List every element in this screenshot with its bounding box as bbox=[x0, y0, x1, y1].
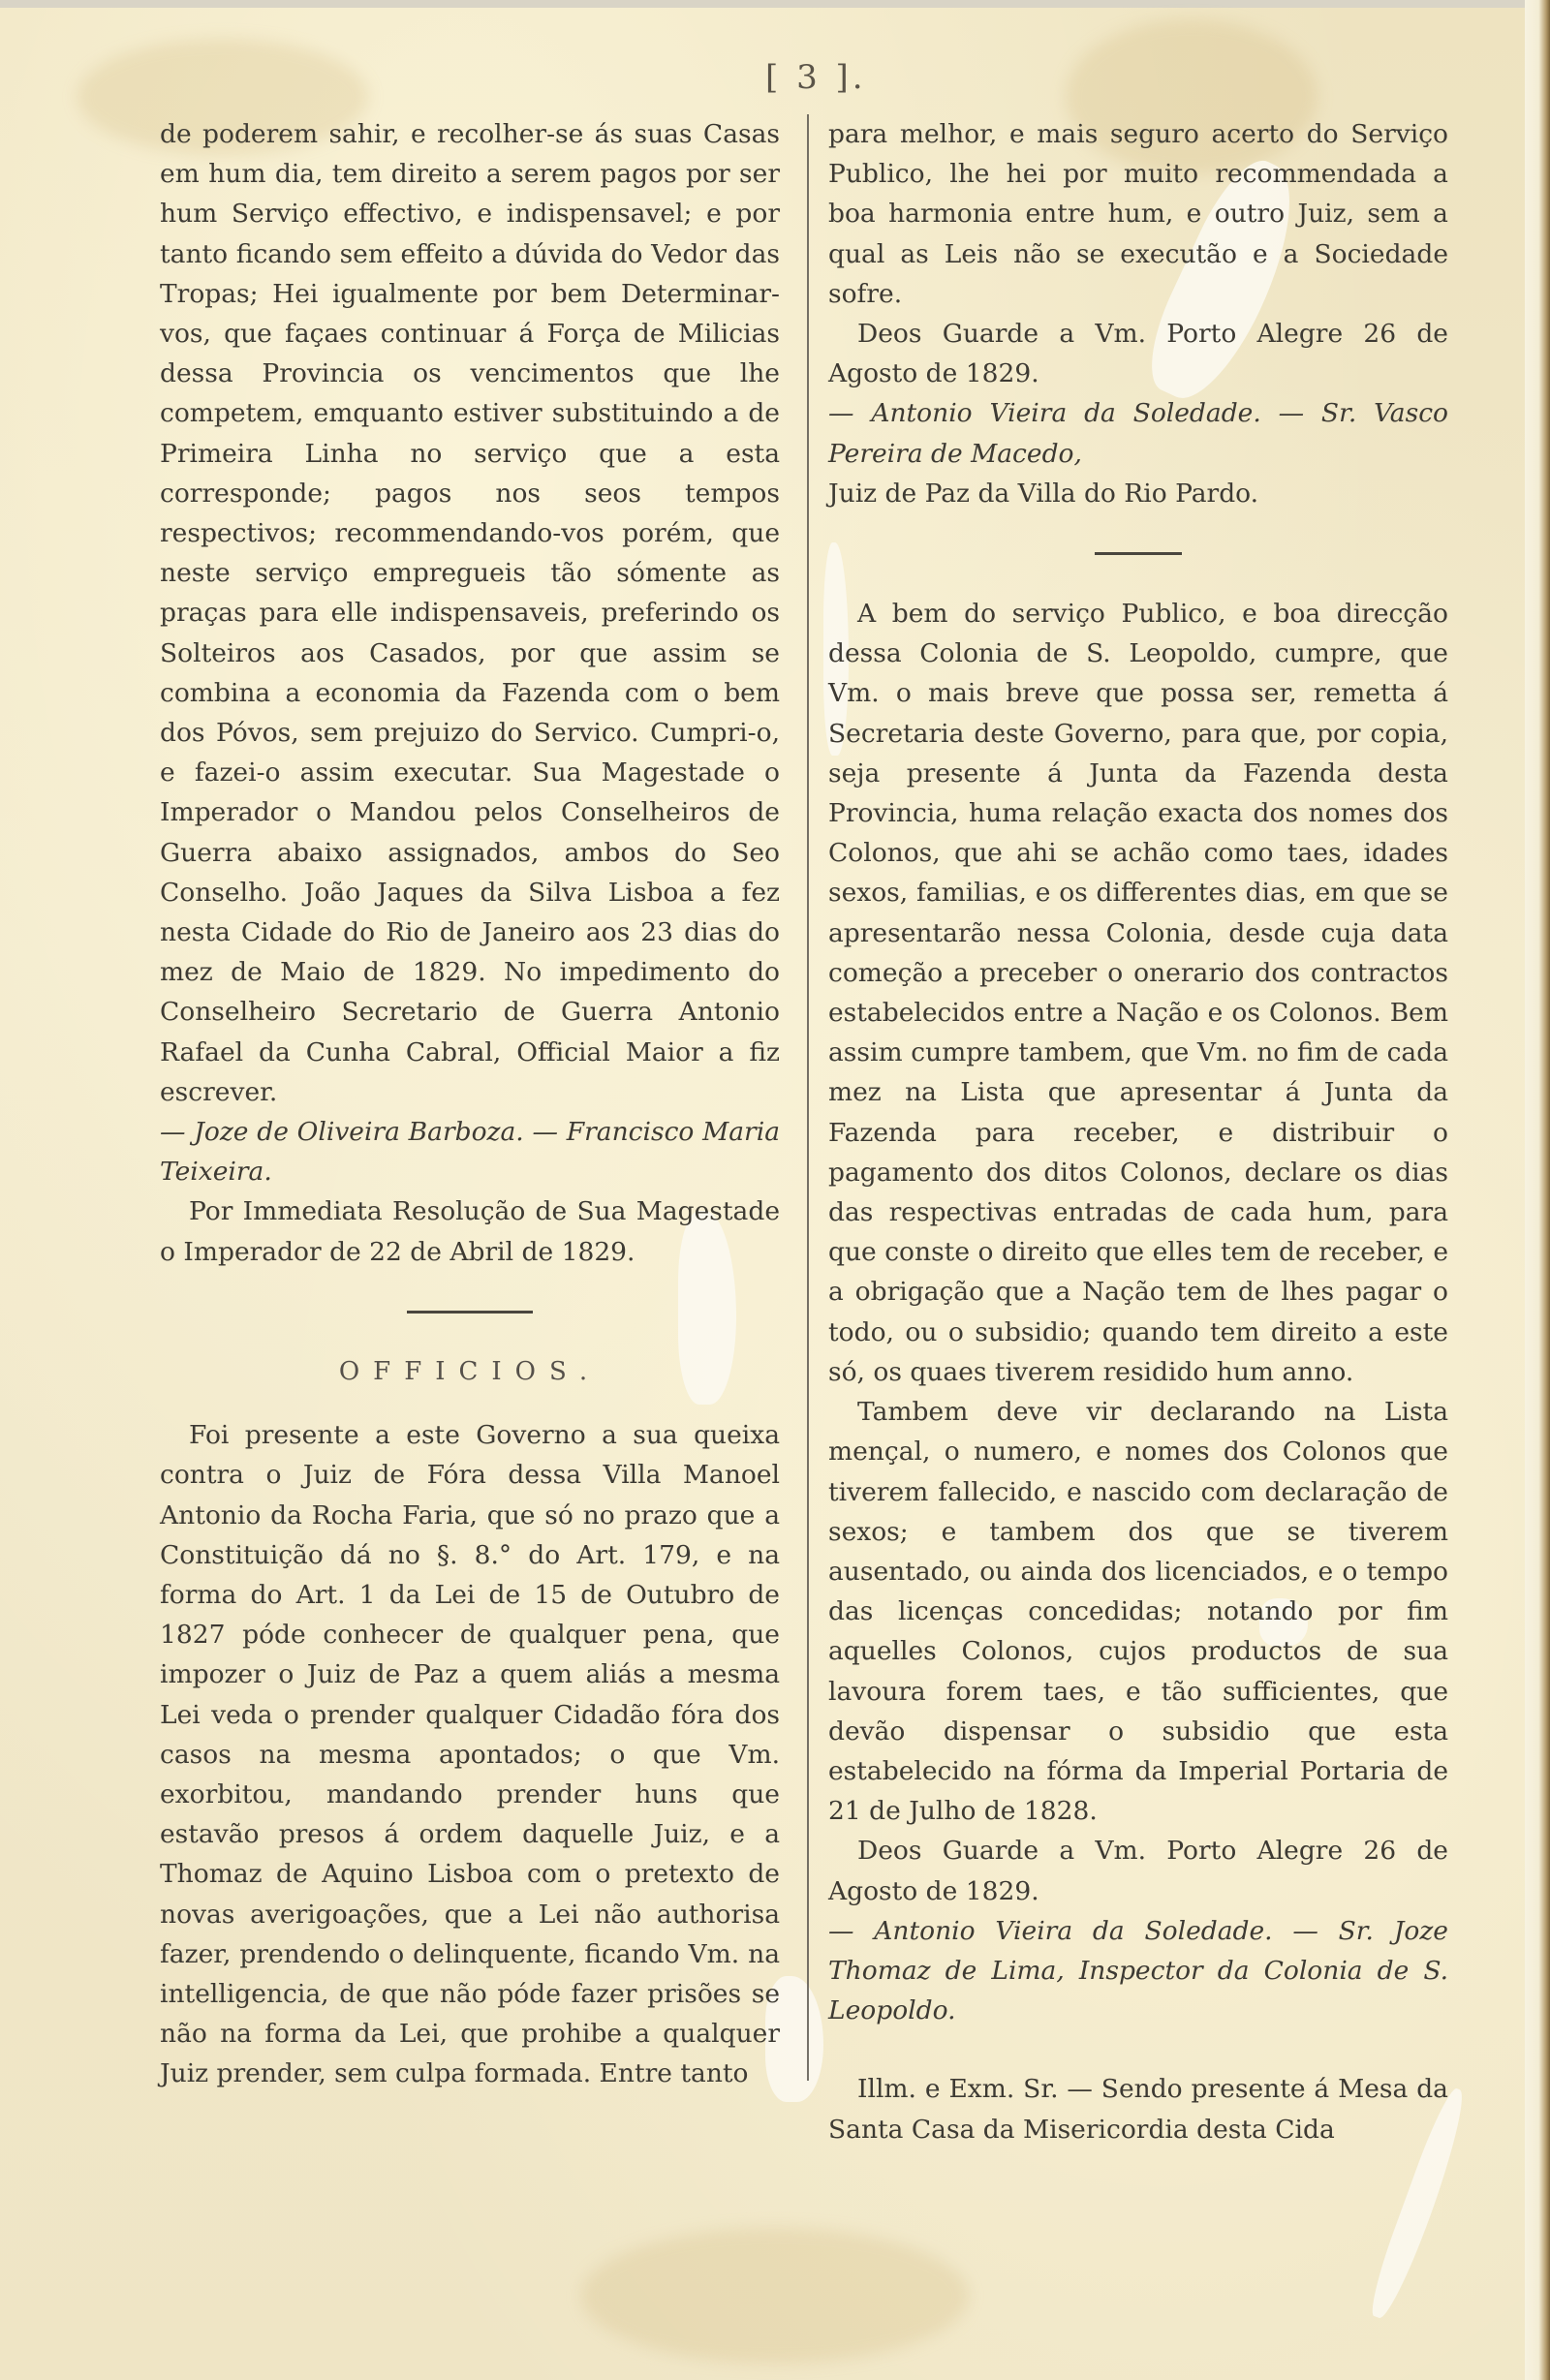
right-column: para melhor, e mais seguro acerto do Ser… bbox=[828, 114, 1448, 2149]
scanned-page: [ 3 ]. de poderem sahir, e recolher-se á… bbox=[0, 0, 1550, 2380]
signature-1: — Antonio Vieira da Soledade. — Sr. Vasc… bbox=[828, 393, 1448, 473]
page-top-edge bbox=[0, 0, 1550, 8]
left-column: de poderem sahir, e recolher-se ás suas … bbox=[160, 114, 780, 2094]
resolution-line: Por Immediata Resolução de Sua Magestade… bbox=[160, 1191, 780, 1271]
closing-2: Deos Guarde a Vm. Porto Alegre 26 de Ago… bbox=[828, 1831, 1448, 1910]
closing-1: Deos Guarde a Vm. Porto Alegre 26 de Ago… bbox=[828, 314, 1448, 393]
section-heading: OFFICIOS. bbox=[160, 1352, 780, 1392]
lista-paragraph: Tambem deve vir declarando na Lista menç… bbox=[828, 1392, 1448, 1831]
addressee-1: Juiz de Paz da Villa do Rio Pardo. bbox=[828, 474, 1448, 513]
colonia-paragraph: A bem do serviço Publico, e boa direcção… bbox=[828, 594, 1448, 1392]
misericordia-paragraph: Illm. e Exm. Sr. — Sendo presente á Mesa… bbox=[828, 2069, 1448, 2148]
page-right-edge bbox=[1525, 0, 1550, 2380]
decree-signature: — Joze de Oliveira Barboza. — Francisco … bbox=[160, 1112, 780, 1191]
officio-paragraph: Foi presente a este Governo a sua queixa… bbox=[160, 1415, 780, 2093]
page-number: [ 3 ]. bbox=[765, 58, 867, 97]
signature-2: — Antonio Vieira da Soledade. — Sr. Joze… bbox=[828, 1911, 1448, 2031]
decree-paragraph: de poderem sahir, e recolher-se ás suas … bbox=[160, 114, 780, 1112]
continuation-paragraph: para melhor, e mais seguro acerto do Ser… bbox=[828, 114, 1448, 314]
column-divider bbox=[807, 114, 809, 2081]
stain bbox=[581, 2228, 969, 2364]
